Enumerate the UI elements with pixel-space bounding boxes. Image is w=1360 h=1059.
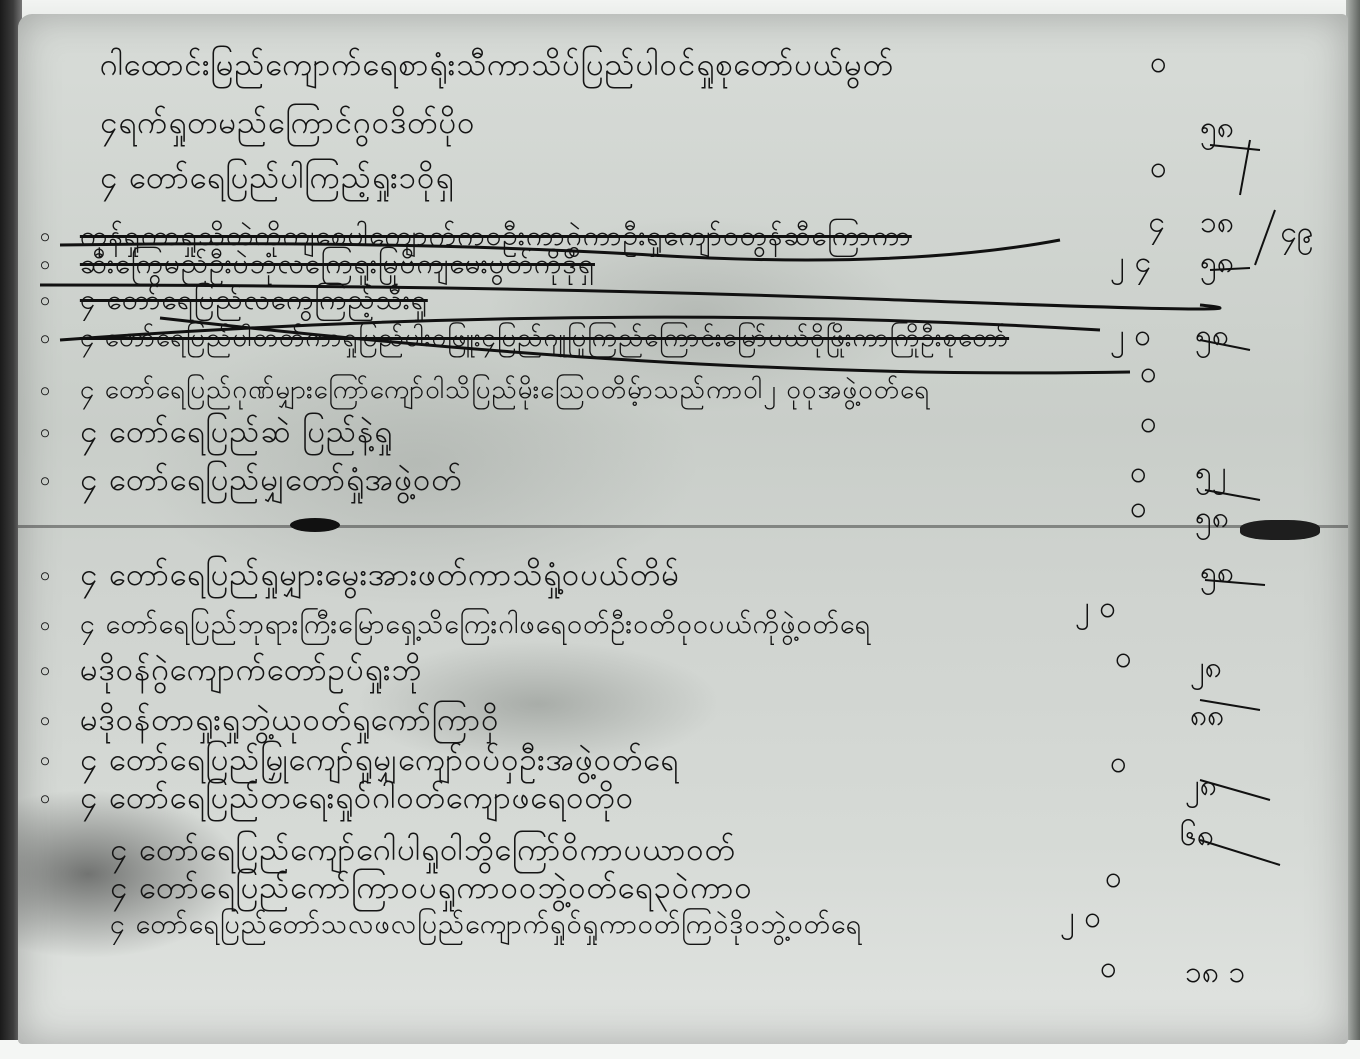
strikethrough-lines xyxy=(0,0,1360,1059)
